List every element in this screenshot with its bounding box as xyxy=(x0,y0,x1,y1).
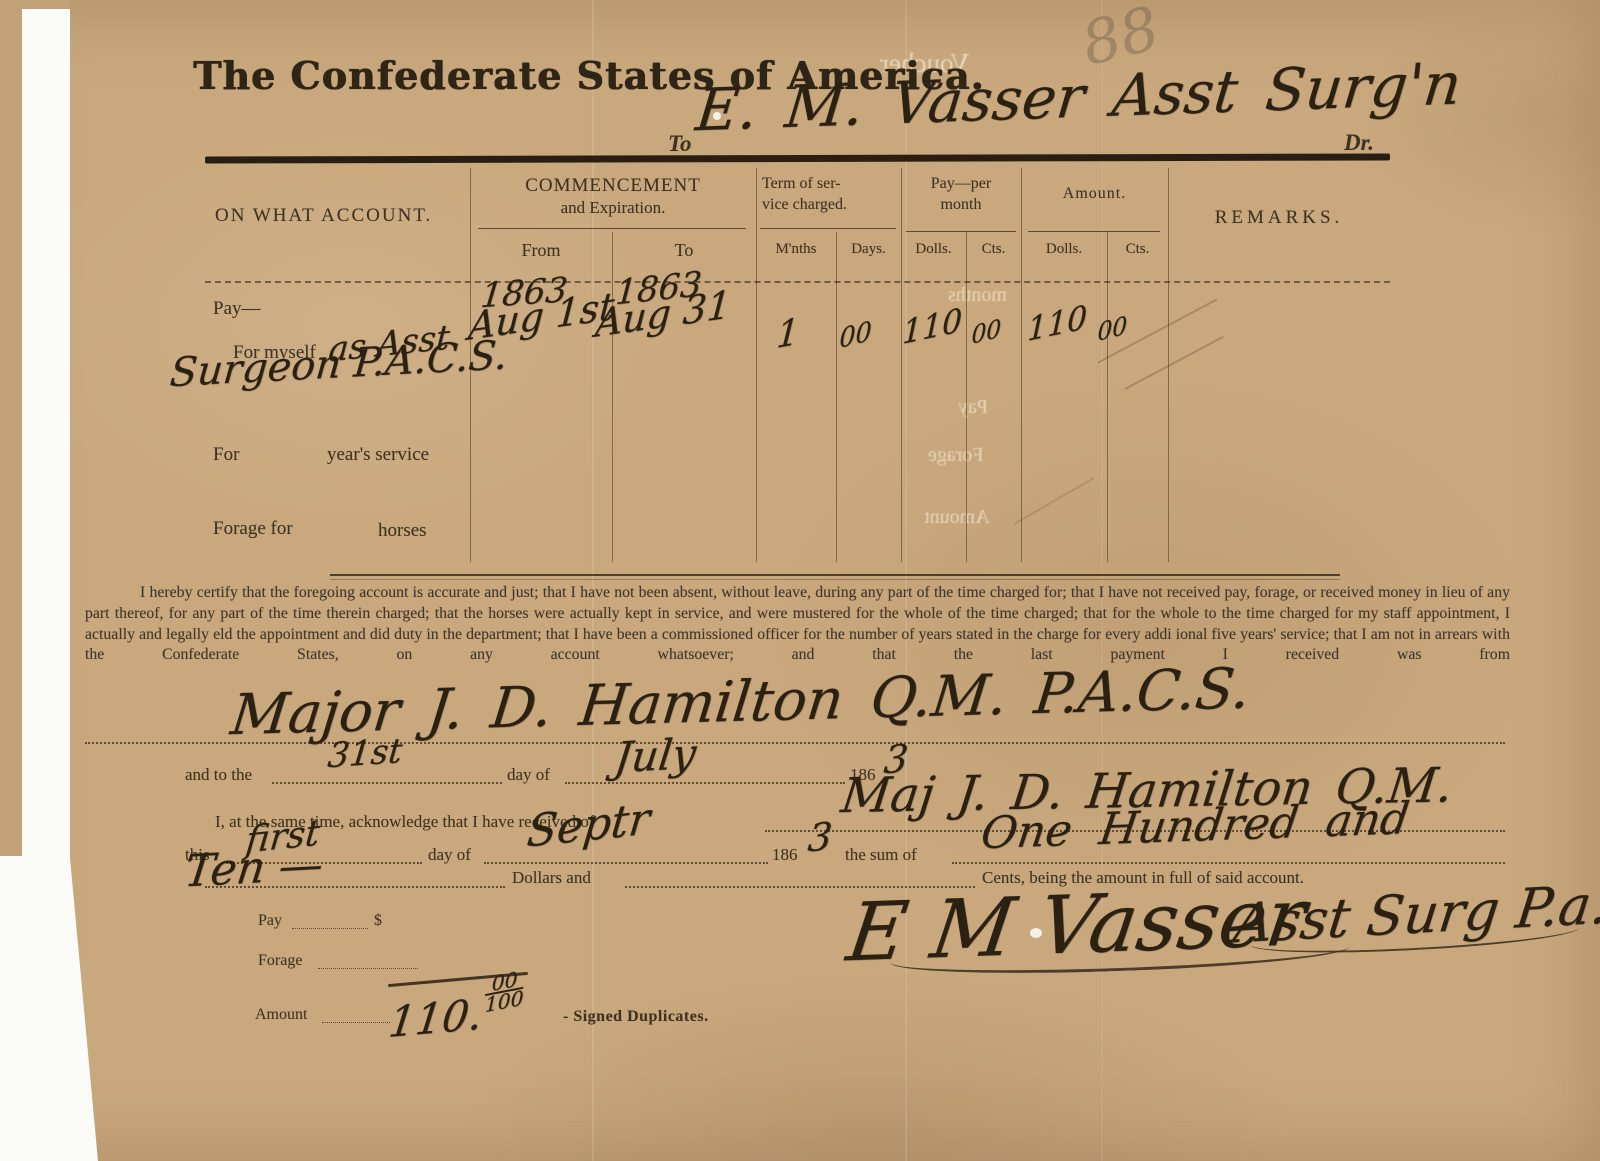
ghost-text-forage: Forage xyxy=(928,444,984,467)
paper-edge-strip-top xyxy=(0,0,72,9)
entry-pay-dolls: 110 xyxy=(902,300,963,352)
entry-surgeon-pacs: Surgeon P.A.C.S. xyxy=(168,332,509,396)
row-label-forage-for: Forage for xyxy=(213,518,293,540)
col-header-months: M'nths xyxy=(756,241,836,258)
paper-edge-strip-left xyxy=(0,0,22,856)
document-paper: Voucher months Pay Forage Amount 88 The … xyxy=(0,0,1600,1161)
table-line xyxy=(1028,231,1160,232)
dotted-blank xyxy=(318,968,418,969)
entry-sum-words-2: Ten — xyxy=(182,839,326,898)
col-header-pay-dolls: Dolls. xyxy=(901,241,966,258)
dotted-blank xyxy=(484,862,768,864)
paper-flaw-spot xyxy=(1030,928,1042,938)
col-header-amount-dolls: Dolls. xyxy=(1021,241,1107,258)
dr-label: Dr. xyxy=(1344,130,1374,156)
entry-amount-dolls: 110 xyxy=(1027,297,1088,349)
table-line xyxy=(906,231,1016,232)
row-label-pay: Pay— xyxy=(213,298,261,320)
ghost-text-amount: Amount xyxy=(924,506,990,529)
row-label-horses: horses xyxy=(378,520,427,542)
entry-year-digit-2: 3 xyxy=(806,814,834,861)
dotted-blank xyxy=(322,1022,390,1023)
total-pay-label: Pay xyxy=(258,912,282,930)
fold-crease xyxy=(1100,0,1104,1161)
to-label: To xyxy=(668,131,691,157)
col-header-days: Days. xyxy=(836,241,901,258)
year-prefix-2: 186 xyxy=(772,845,798,865)
entry-day-31st: 31st xyxy=(326,731,404,777)
col-header-remarks: REMARKS. xyxy=(1168,207,1390,229)
table-line xyxy=(756,168,757,562)
entry-amount-cts: 00 xyxy=(1097,311,1128,348)
ghost-text-pay: Pay xyxy=(958,396,988,419)
and-to-the-label: and to the xyxy=(185,765,252,785)
fraction-denominator: 100 xyxy=(484,989,523,1015)
paper-flaw-spot xyxy=(713,112,721,120)
day-of-label: day of xyxy=(507,765,550,785)
col-header-from: From xyxy=(470,240,612,261)
col-header-term-2: vice charged. xyxy=(762,196,847,214)
table-line xyxy=(760,228,896,229)
col-header-to: To xyxy=(612,240,756,261)
col-header-account: ON WHAT ACCOUNT. xyxy=(215,205,432,227)
row-label-years-service: year's service xyxy=(327,444,429,466)
ink-showthrough-stroke xyxy=(1014,477,1095,525)
total-amount-label: Amount xyxy=(255,1006,307,1024)
entry-amount-total: 110.00100 xyxy=(386,970,525,1047)
col-header-amount: Amount. xyxy=(1021,185,1168,203)
col-header-pay-2: month xyxy=(901,196,1021,214)
entry-month-july: July xyxy=(612,729,699,783)
entry-days: 00 xyxy=(839,316,872,355)
col-header-pay-1: Pay—per xyxy=(901,175,1021,193)
table-line xyxy=(478,228,746,229)
entry-months: 1 xyxy=(775,311,801,357)
col-header-commencement: COMMENCEMENT xyxy=(478,175,748,197)
table-line xyxy=(1021,168,1022,562)
row-label-for: For xyxy=(213,444,239,466)
scan-background: Voucher months Pay Forage Amount 88 The … xyxy=(0,0,1600,1161)
payer-dotted-line xyxy=(85,742,1505,744)
dollars-and-label: Dollars and xyxy=(512,868,591,888)
entry-month-sept: Septr xyxy=(525,793,653,858)
dotted-blank xyxy=(205,886,505,888)
amount-total-main: 110. xyxy=(386,989,485,1047)
dotted-blank xyxy=(272,782,502,784)
total-forage-label: Forage xyxy=(258,952,302,970)
table-top-rule xyxy=(205,153,1390,163)
col-header-term-1: Term of ser- xyxy=(762,175,841,193)
amount-total-fraction: 00100 xyxy=(484,969,523,1015)
entry-pay-cts: 00 xyxy=(971,314,1002,351)
signed-duplicates-label: - Signed Duplicates. xyxy=(563,1008,709,1026)
certification-top-rule xyxy=(330,574,1340,580)
col-header-expiration: and Expiration. xyxy=(478,198,748,218)
col-header-pay-cts: Cts. xyxy=(966,241,1021,258)
day-of-label-2: day of xyxy=(428,845,471,865)
dotted-blank xyxy=(292,928,368,929)
col-header-amount-cts: Cts. xyxy=(1107,241,1168,258)
sum-of-label: the sum of xyxy=(845,845,917,865)
dotted-blank xyxy=(952,862,1505,864)
certification-paragraph: I hereby certify that the foregoing acco… xyxy=(85,583,1510,666)
table-line xyxy=(901,168,902,562)
dotted-blank xyxy=(565,782,845,784)
table-header-separator xyxy=(205,281,1390,283)
ink-showthrough-stroke xyxy=(1124,336,1224,390)
total-pay-dollar-sign: $ xyxy=(374,912,382,930)
